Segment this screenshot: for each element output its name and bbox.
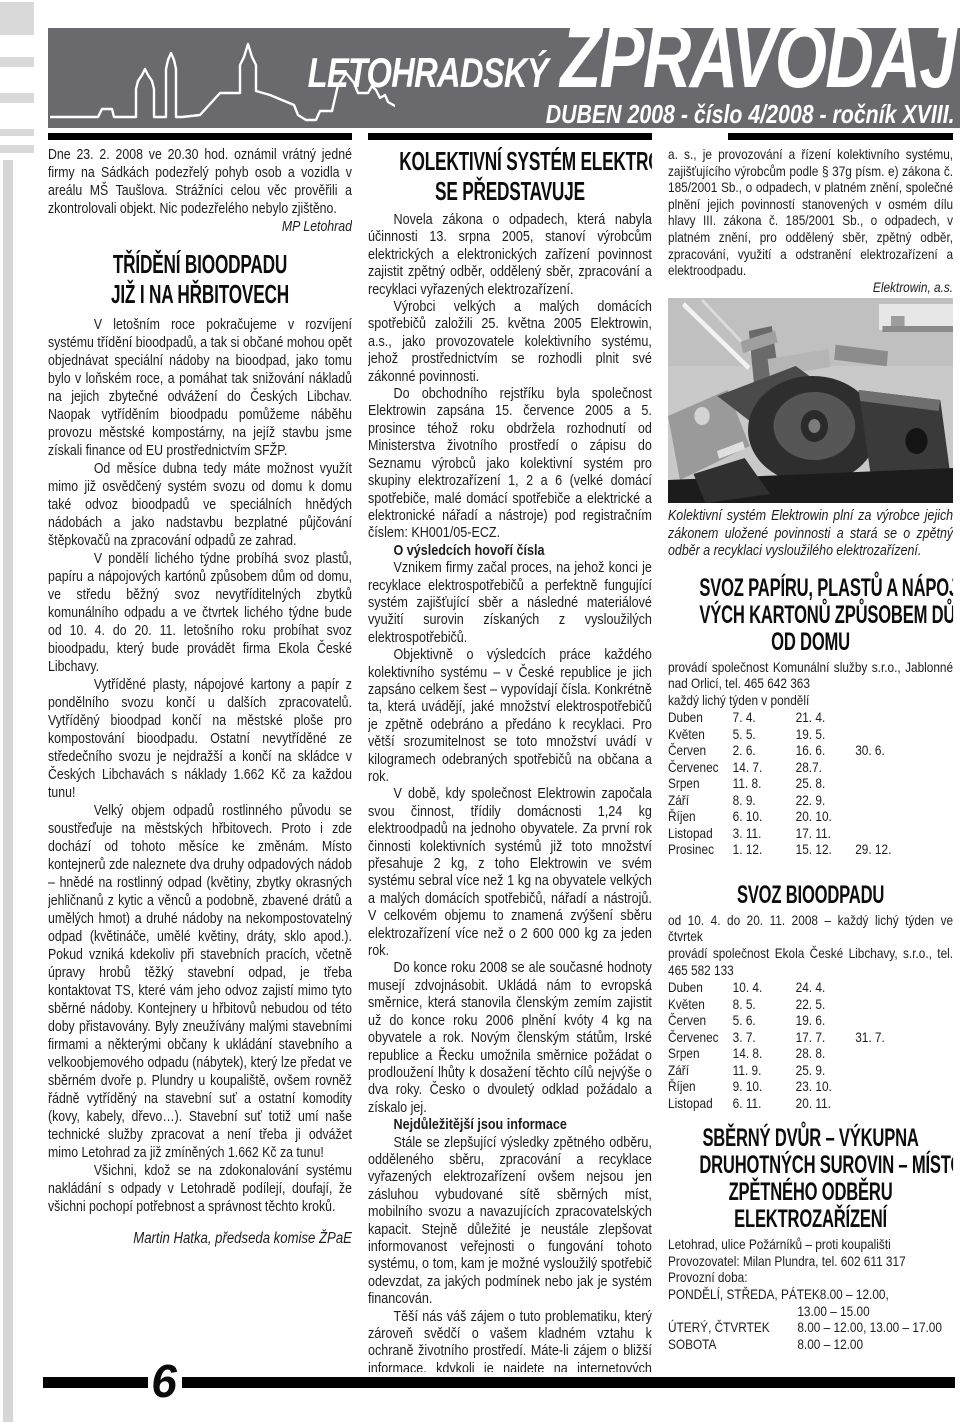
yard-operator: Provozovatel: Milan Plundra, tel. 602 61… xyxy=(668,1253,953,1270)
ewaste-photo xyxy=(668,298,953,503)
edge-decoration-bar xyxy=(0,2,34,35)
footer-rule-left xyxy=(43,1377,148,1388)
article-author-signature: Martin Hatka, předseda komise ŽPaE xyxy=(48,1230,352,1248)
photo-caption: Kolektivní systém Elektrowin plní za výr… xyxy=(668,508,953,560)
paragraph: Vytříděné plasty, nápojové kartony a pap… xyxy=(48,676,352,802)
heading-line: ZPĚTNÉHO ODBĚRU xyxy=(699,1179,921,1206)
paragraph: Objektivně o výsledcích práce každého ko… xyxy=(368,647,652,786)
collection-yard-heading: SBĚRNÝ DVŮR – VÝKUPNA DRUHOTNÝCH SUROVIN… xyxy=(668,1125,953,1233)
masthead: LETOHRADSKÝZPRAVODAJ DUBEN 2008 - číslo … xyxy=(48,28,960,128)
footer-rule-right xyxy=(182,1377,955,1388)
heading-line: SVOZ PAPÍRU, PLASTŮ A NÁPOJO- xyxy=(699,575,921,602)
edge-decoration-strip xyxy=(3,160,13,1422)
heading-line: OD DOMU xyxy=(699,629,921,656)
schedule-row: Duben7. 4.21. 4. xyxy=(668,709,953,726)
police-report-signature: MP Letohrad xyxy=(48,218,352,236)
article-heading-elektrowin: KOLEKTIVNÍ SYSTÉM ELEKTROWIN SE PŘEDSTAV… xyxy=(368,146,652,206)
paragraph: V letošním roce pokračujeme v rozvíjení … xyxy=(48,316,352,460)
article-heading-line: JIŽ I NA HŘBITOVECH xyxy=(81,279,318,309)
heading-line: VÝCH KARTONŮ ZPŮSOBEM DŮM xyxy=(699,602,921,629)
edge-decoration-bar xyxy=(0,129,34,136)
heading-line: SBĚRNÝ DVŮR – VÝKUPNA xyxy=(699,1125,921,1152)
schedule-row: Červen2. 6.16. 6.30. 6. xyxy=(668,742,953,759)
schedule-row: Červenec3. 7.17. 7.31. 7. xyxy=(668,1029,953,1046)
page-number: 6 xyxy=(144,1358,184,1404)
schedule-row: Listopad6. 11.20. 11. xyxy=(668,1095,953,1112)
article-signature: Elektrowin, a.s. xyxy=(668,279,953,296)
article-heading-line: SE PŘEDSTAVUJE xyxy=(399,176,620,206)
heading-line: ELEKTROZAŘÍZENÍ xyxy=(699,1206,921,1233)
paragraph: V pondělí lichého týdne probíhá svoz pla… xyxy=(48,550,352,676)
yard-hours-label: Provozní doba: xyxy=(668,1269,953,1286)
yard-address: Letohrad, ulice Požárníků – proti koupal… xyxy=(668,1236,953,1253)
paragraph: Všichni, kdož se na zdokonalování systém… xyxy=(48,1162,352,1216)
paper-collection-heading: SVOZ PAPÍRU, PLASTŮ A NÁPOJO- VÝCH KARTO… xyxy=(668,575,953,656)
provider-info: provádí společnost Komunální služby s.r.… xyxy=(668,659,953,692)
masthead-title: LETOHRADSKÝZPRAVODAJ xyxy=(308,15,955,101)
paragraph: Výrobci velkých a malých domácích spotře… xyxy=(368,299,652,386)
masthead-title-small: LETOHRADSKÝ xyxy=(308,49,548,96)
edge-decoration-bar xyxy=(0,57,34,67)
paragraph: Těší nás váš zájem o tuto problematiku, … xyxy=(368,1309,652,1372)
frequency-info: každý lichý týden v pondělí xyxy=(668,692,953,709)
yard-hours: PONDĚLÍ, STŘEDA, PÁTEK8.00 – 12.00, 13.0… xyxy=(668,1286,953,1352)
paragraph: Stále se zlepšující výsledky zpětného od… xyxy=(368,1135,652,1309)
column-middle: KOLEKTIVNÍ SYSTÉM ELEKTROWIN SE PŘEDSTAV… xyxy=(368,146,652,1372)
schedule-row: Červen5. 6.19. 6. xyxy=(668,1012,953,1029)
paragraph: Vznikem firmy začal proces, na jehož kon… xyxy=(368,560,652,647)
heading-line: SVOZ BIOODPADU xyxy=(699,882,921,909)
paragraph: Od měsíce dubna tedy máte možnost využít… xyxy=(48,460,352,550)
continuation-paragraph: a. s., je provozování a řízení kolektivn… xyxy=(668,146,953,279)
subheading: O výsledcích hovoří čísla xyxy=(368,543,652,560)
edge-decoration-bar xyxy=(0,93,34,103)
provider-info: provádí společnost Ekola České Libchavy,… xyxy=(668,945,953,978)
subheading: Nejdůležitější jsou informace xyxy=(368,1117,652,1134)
heading-line: DRUHOTNÝCH SUROVIN – MÍSTO xyxy=(699,1152,921,1179)
schedule-row: Září8. 9.22. 9. xyxy=(668,792,953,809)
schedule-row: Červenec14. 7.28.7. xyxy=(668,759,953,776)
schedule-row: Duben10. 4.24. 4. xyxy=(668,979,953,996)
paragraph: Do obchodního rejstříku byla společnost … xyxy=(368,386,652,543)
schedule-row: Květen5. 5.19. 5. xyxy=(668,726,953,743)
issue-line: DUBEN 2008 - číslo 4/2008 - ročník XVIII… xyxy=(546,101,955,128)
hours-row: PONDĚLÍ, STŘEDA, PÁTEK8.00 – 12.00, xyxy=(668,1286,953,1303)
column-rule xyxy=(48,133,352,140)
paragraph: Novela zákona o odpadech, která nabyla ú… xyxy=(368,212,652,299)
newsletter-page: LETOHRADSKÝZPRAVODAJ DUBEN 2008 - číslo … xyxy=(0,0,960,1422)
column-rule xyxy=(368,133,652,140)
bio-collection-schedule: Duben10. 4.24. 4. Květen8. 5.22. 5. Červ… xyxy=(668,979,953,1111)
paragraph: V době, kdy společnost Elektrowin započa… xyxy=(368,786,652,960)
article-heading-bioodpad: TŘÍDĚNÍ BIOODPADU JIŽ I NA HŘBITOVECH xyxy=(48,249,352,309)
schedule-row: Prosinec1. 12.15. 12.29. 12. xyxy=(668,841,953,858)
hours-row: ÚTERÝ, ČTVRTEK8.00 – 12.00, 13.00 – 17.0… xyxy=(668,1319,953,1336)
paper-collection-schedule: Duben7. 4.21. 4. Květen5. 5.19. 5. Červe… xyxy=(668,709,953,858)
hours-row: SOBOTA8.00 – 12.00 xyxy=(668,1336,953,1353)
article-heading-line: KOLEKTIVNÍ SYSTÉM ELEKTROWIN xyxy=(399,146,620,176)
police-report-text: Dne 23. 2. 2008 ve 20.30 hod. oznámil vr… xyxy=(48,146,352,218)
paragraph: Velký objem odpadů rostlinného původu se… xyxy=(48,802,352,1162)
schedule-row: Srpen14. 8.28. 8. xyxy=(668,1045,953,1062)
hours-row: 13.00 – 15.00 xyxy=(668,1303,953,1320)
paragraph: Do konce roku 2008 se ale současné hodno… xyxy=(368,960,652,1117)
schedule-row: Září11. 9.25. 9. xyxy=(668,1062,953,1079)
schedule-row: Srpen11. 8.25. 8. xyxy=(668,775,953,792)
masthead-title-large: ZPRAVODAJ xyxy=(560,10,955,106)
schedule-row: Listopad3. 11.17. 11. xyxy=(668,825,953,842)
schedule-row: Květen8. 5.22. 5. xyxy=(668,996,953,1013)
schedule-row: Říjen9. 10.23. 10. xyxy=(668,1078,953,1095)
period-info: od 10. 4. do 20. 11. 2008 – každý lichý … xyxy=(668,912,953,945)
column-right: a. s., je provozování a řízení kolektivn… xyxy=(668,146,953,1372)
schedule-row: Říjen6. 10.20. 10. xyxy=(668,808,953,825)
article-heading-line: TŘÍDĚNÍ BIOODPADU xyxy=(81,249,318,279)
column-rule xyxy=(728,133,953,140)
column-left: Dne 23. 2. 2008 ve 20.30 hod. oznámil vr… xyxy=(48,146,352,1372)
edge-decoration-bar xyxy=(0,145,34,153)
bio-collection-heading: SVOZ BIOODPADU xyxy=(668,882,953,909)
